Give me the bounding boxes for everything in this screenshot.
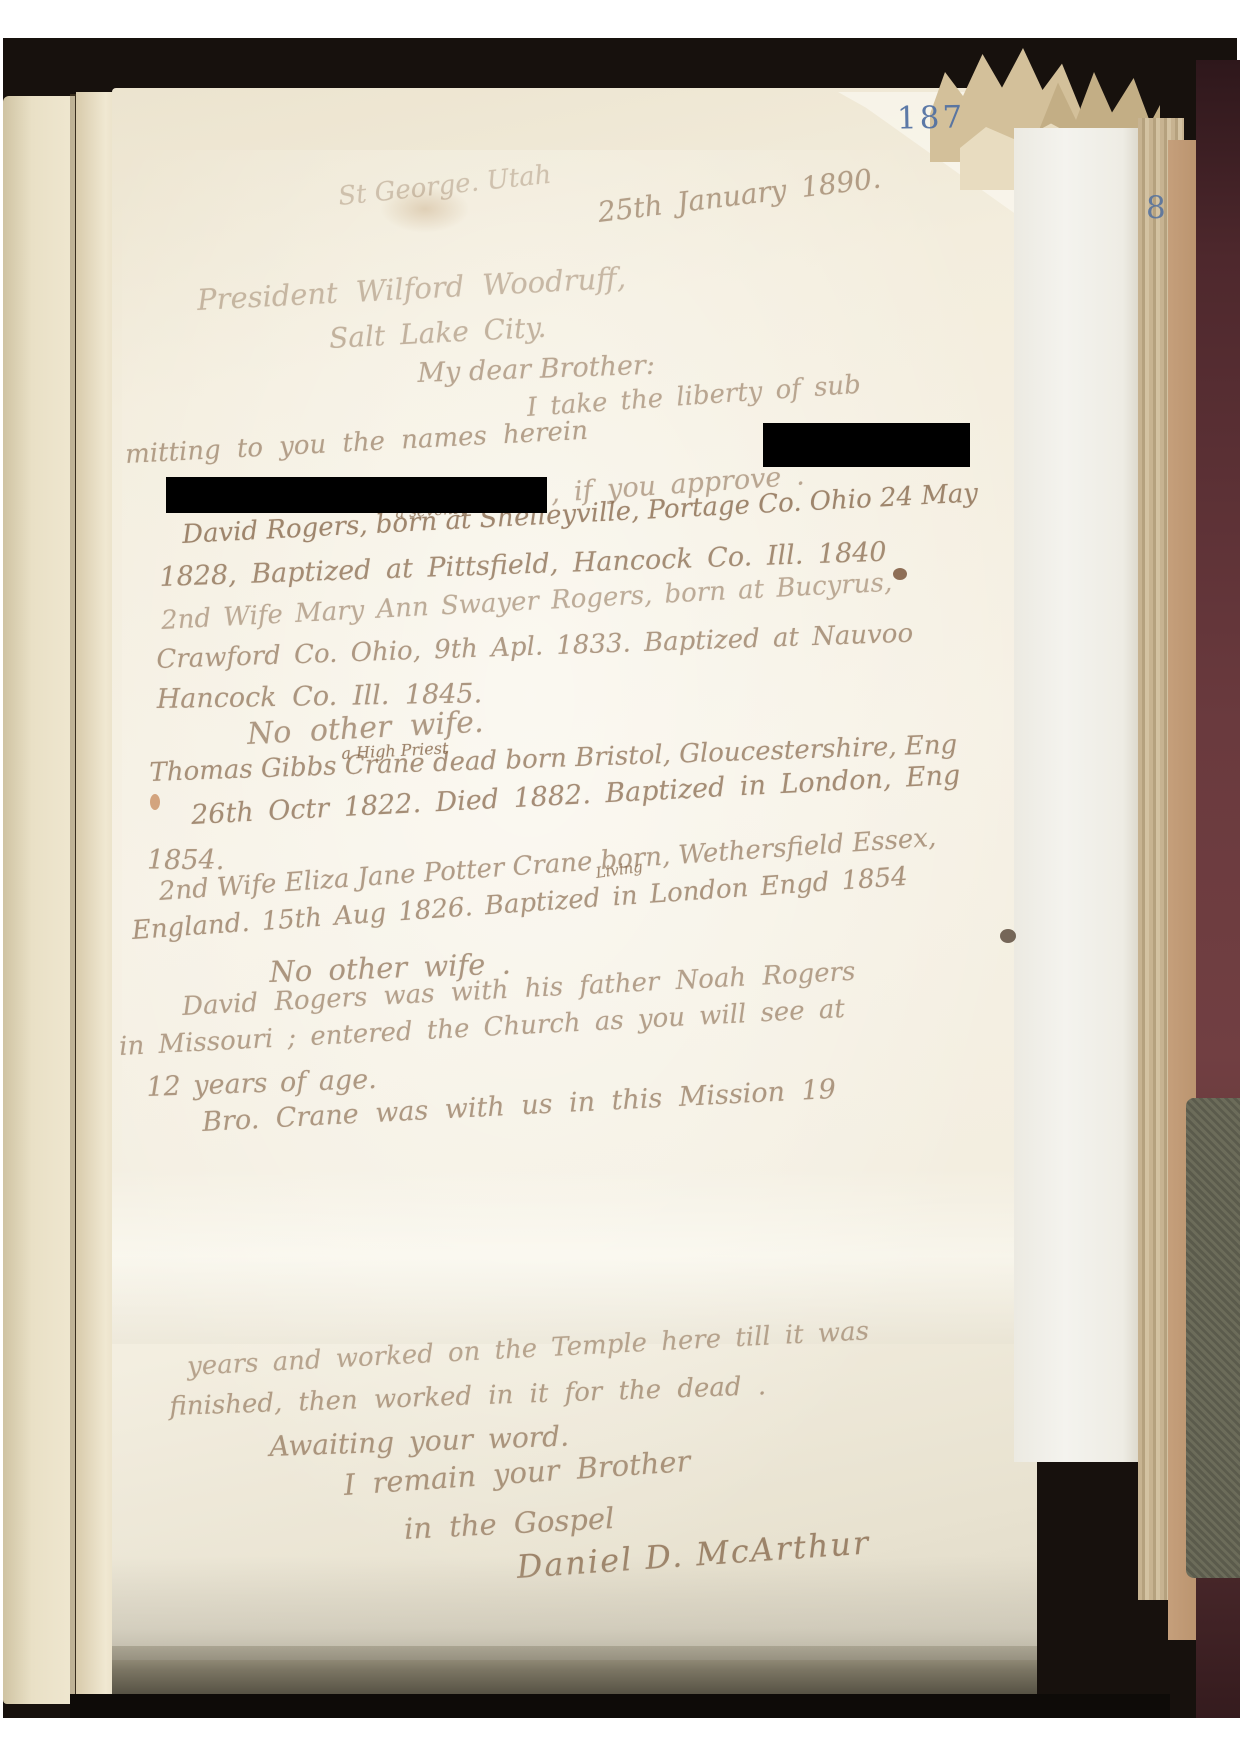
tissue-guard-sheet <box>1014 128 1142 1462</box>
adjacent-page-number: 8 <box>1146 190 1166 226</box>
redaction-bar <box>166 477 547 513</box>
page-number: 187 <box>897 99 966 136</box>
ink-blot <box>893 568 907 580</box>
redaction-bar <box>763 423 970 467</box>
cloth-texture <box>1186 1098 1240 1578</box>
left-page-edge <box>3 96 75 1704</box>
book-shadow <box>70 1694 1170 1718</box>
scanned-letter-page: 187 8 St George. Utah 25th January 1890.… <box>0 0 1240 1755</box>
letter-line: 1854. <box>147 845 224 876</box>
page-fold-highlight <box>112 1168 1037 1344</box>
paper-stain <box>150 794 160 810</box>
page-bottom-shade <box>112 1556 1037 1660</box>
ink-blot <box>1000 929 1016 943</box>
